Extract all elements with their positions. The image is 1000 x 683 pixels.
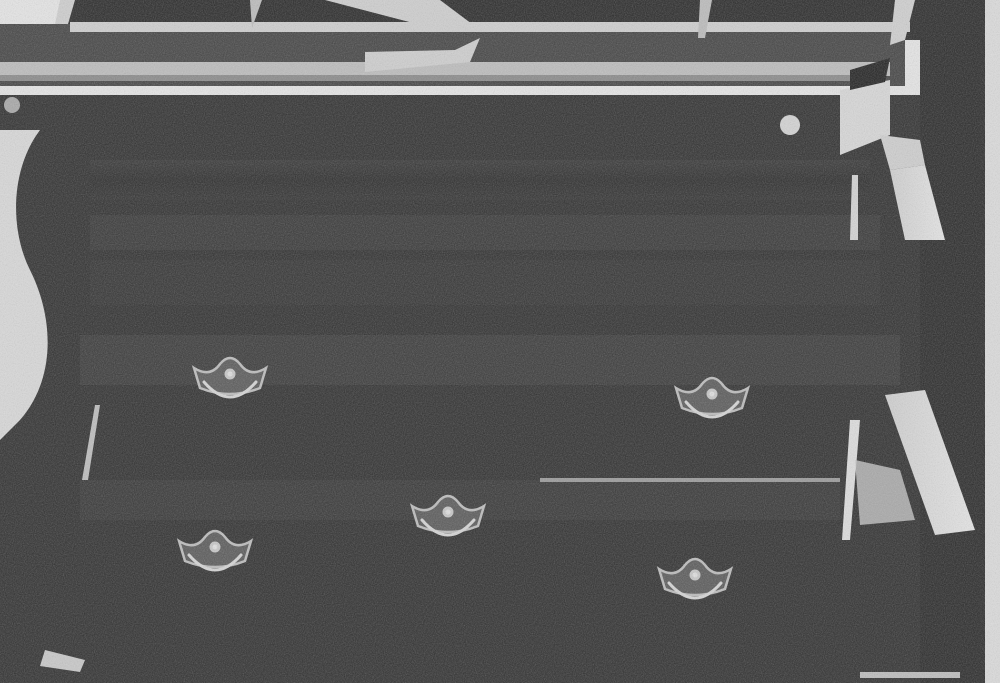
- chest-photo: [0, 0, 1000, 683]
- film-grain: [0, 0, 1000, 683]
